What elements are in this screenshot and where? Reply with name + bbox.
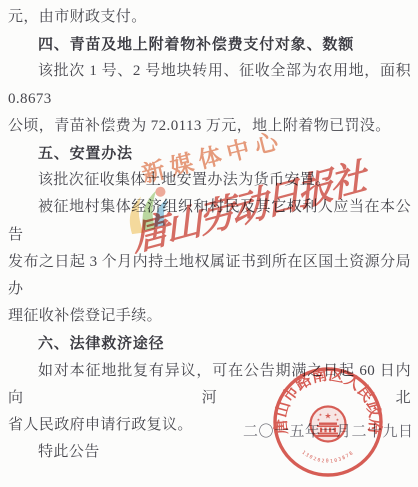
closing-line: 特此公告: [8, 439, 411, 466]
announcement-page: 元，由市财政支付。 四、青苗及地上附着物补偿费支付对象、数额 该批次 1 号、2…: [0, 0, 418, 487]
paragraph-line: 被征地村集体经济组织和村民及其它权利人应当在本公告: [8, 194, 411, 248]
section-heading-6: 六、法律救济途径: [8, 330, 411, 357]
paragraph-line: 如对本征地批复有异议，可在公告期满之日起 60 日内向河北: [8, 358, 411, 412]
paragraph-line: 该批次征收集体土地安置办法为货币安置。: [8, 167, 411, 194]
date-line: 二〇一五年一月二十九日: [243, 420, 414, 441]
paragraph-line: 理征收补偿登记手续。: [8, 303, 411, 330]
section-heading-5: 五、安置办法: [8, 140, 411, 167]
paragraph-line: 公顷，青苗补偿费为 72.0113 万元，地上附着物已罚没。: [8, 113, 411, 140]
section-heading-4: 四、青苗及地上附着物补偿费支付对象、数额: [8, 31, 411, 58]
paragraph-line: 发布之日起 3 个月内持土地权属证书到所在区国土资源分局办: [8, 249, 411, 303]
paragraph-line: 元，由市财政支付。: [8, 4, 411, 31]
paragraph-line: 该批次 1 号、2 号地块转用、征收全部为农用地，面积 0.8673: [8, 58, 411, 112]
document-body: 元，由市财政支付。 四、青苗及地上附着物补偿费支付对象、数额 该批次 1 号、2…: [8, 4, 411, 466]
